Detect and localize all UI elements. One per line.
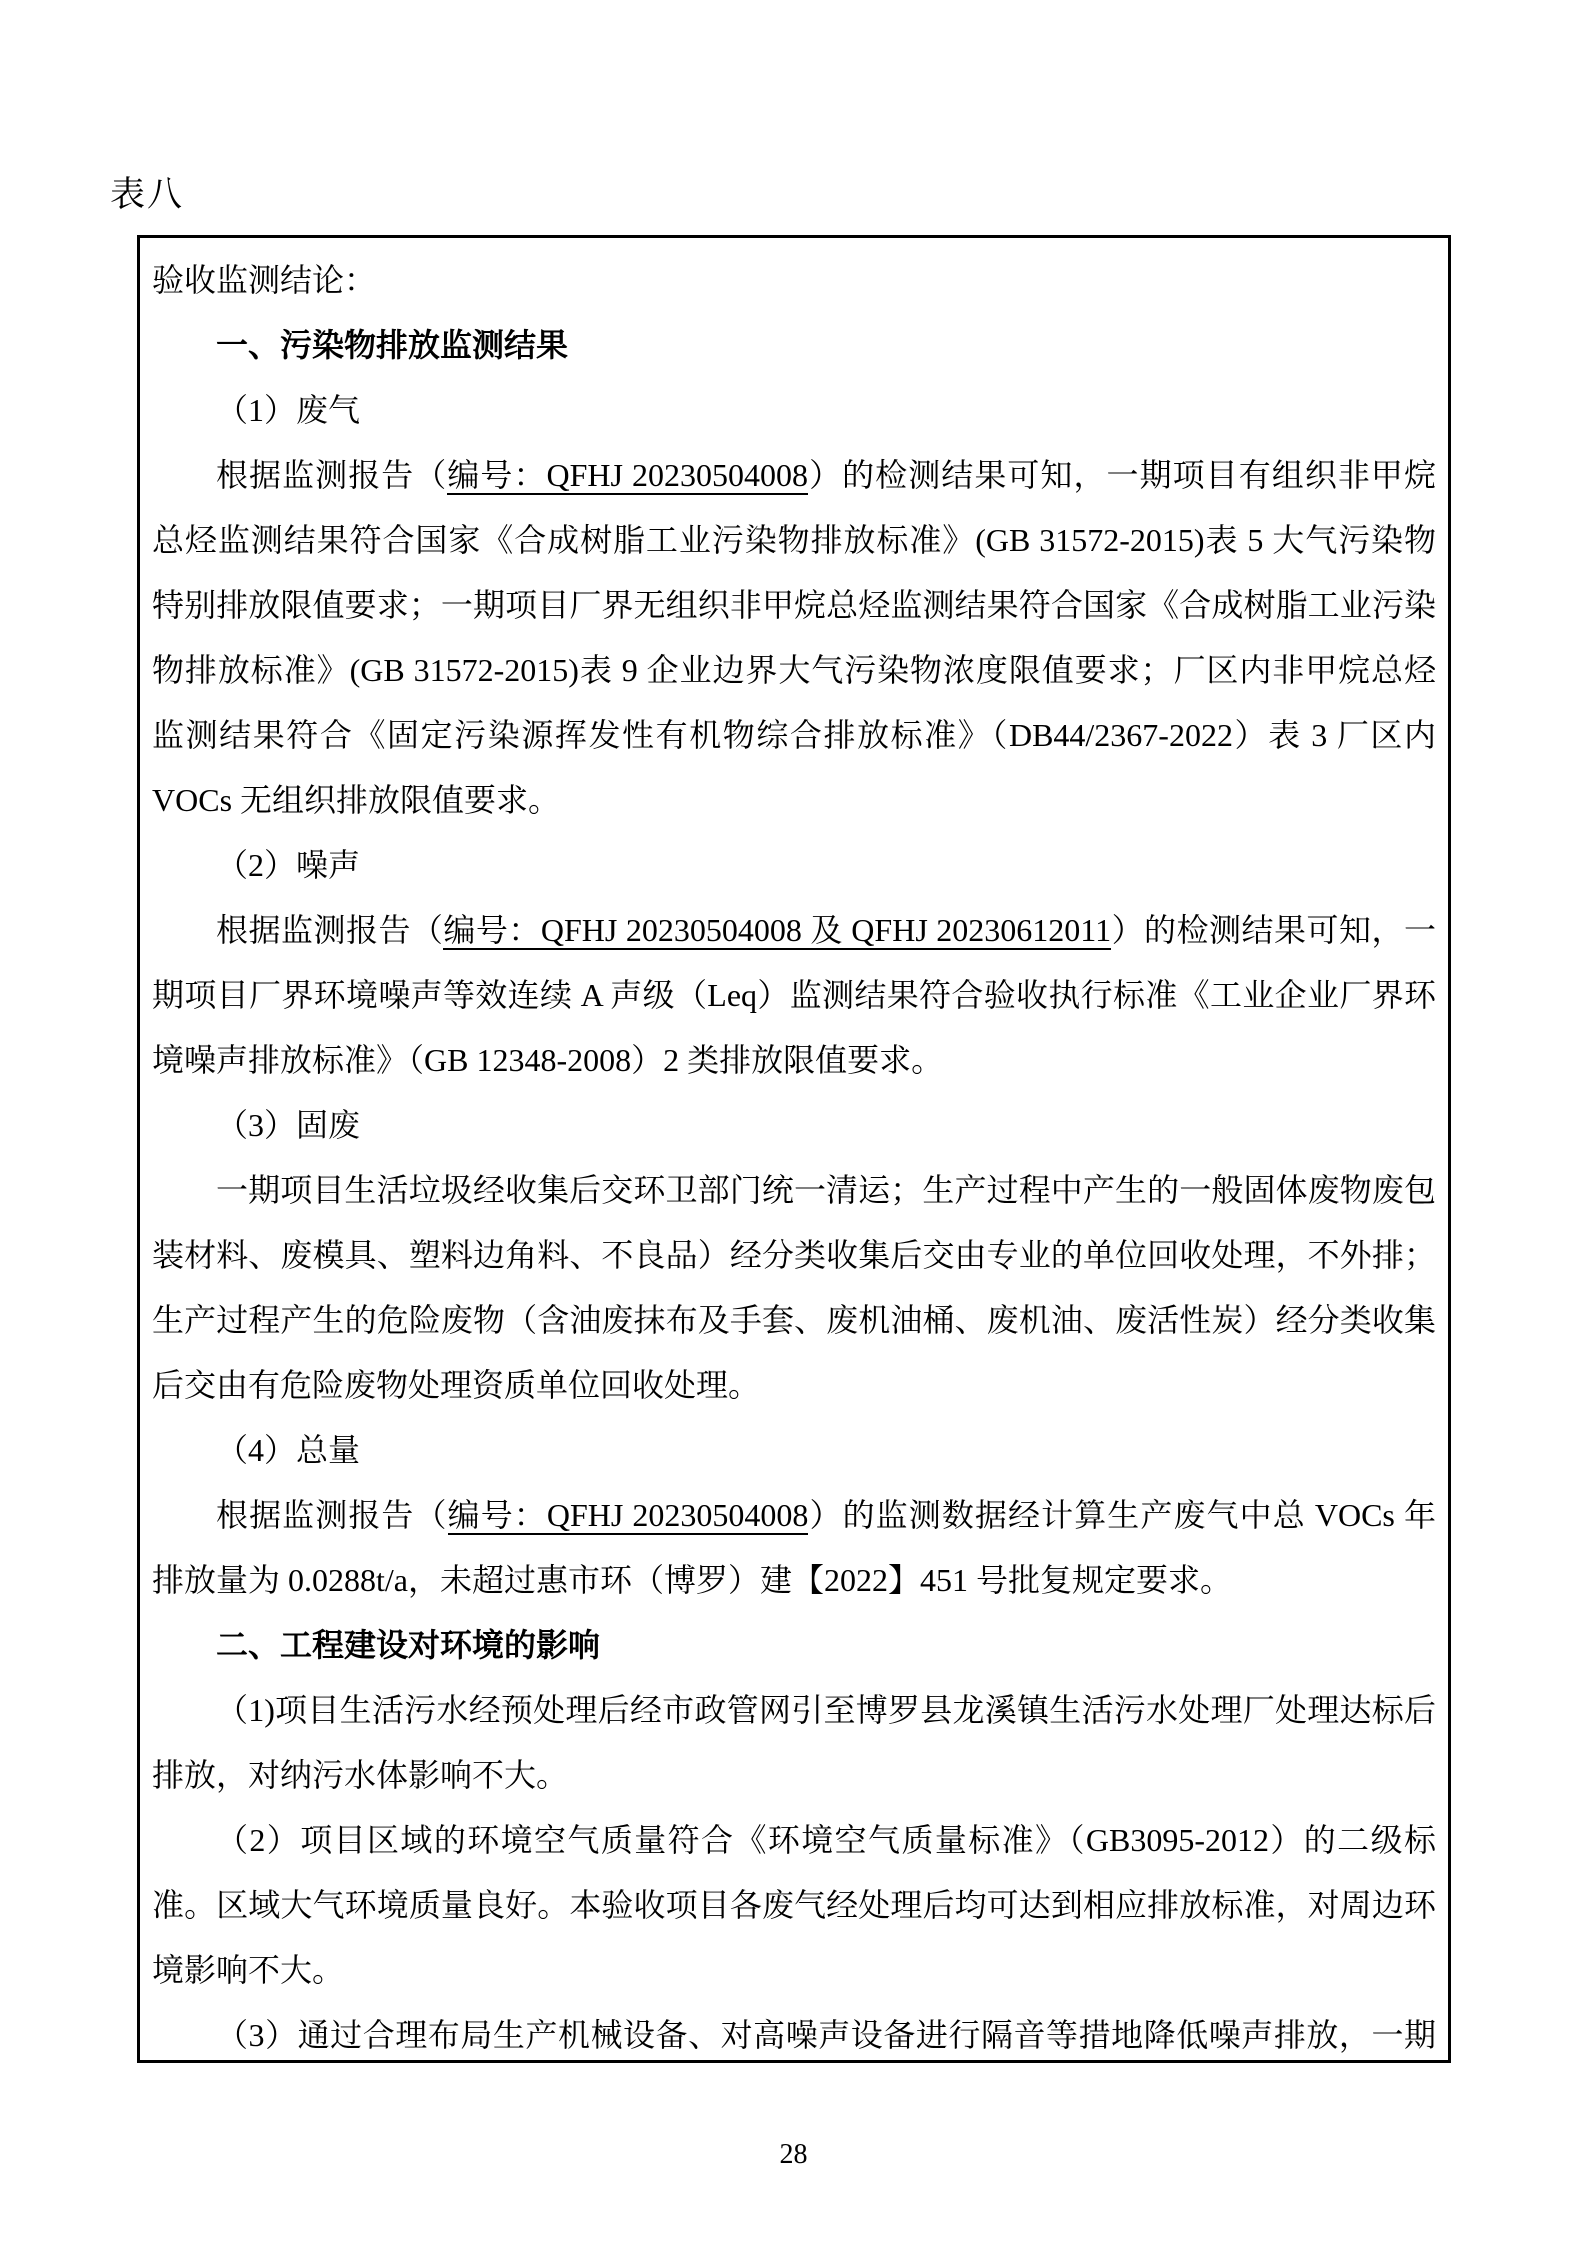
report-paragraph: 根据监测报告（编号：QFHJ 20230504008）的检测结果可知，一期项目有… bbox=[152, 443, 1436, 833]
text-run: 一期项目生活垃圾经收集后交环卫部门统一清运；生产过程中产生的一般固体废物废包装材… bbox=[152, 1172, 1436, 1403]
report-paragraph: （3）固废 bbox=[152, 1093, 1436, 1158]
report-paragraph: （3）通过合理布局生产机械设备、对高噪声设备进行隔音等措地降低噪声排放，一期项 bbox=[152, 2003, 1436, 2063]
table-label: 表八 bbox=[110, 174, 184, 216]
report-paragraph: （1）废气 bbox=[152, 378, 1436, 443]
paragraph-container: 验收监测结论：一、污染物排放监测结果（1）废气根据监测报告（编号：QFHJ 20… bbox=[152, 248, 1436, 2063]
report-paragraph: 根据监测报告（编号：QFHJ 20230504008）的监测数据经计算生产废气中… bbox=[152, 1483, 1436, 1613]
text-run: （3）通过合理布局生产机械设备、对高噪声设备进行隔音等措地降低噪声排放，一期项 bbox=[152, 2017, 1436, 2063]
underlined-report-number: 编号：QFHJ 20230504008 bbox=[448, 1497, 809, 1535]
report-paragraph: （1)项目生活污水经预处理后经市政管网引至博罗县龙溪镇生活污水处理厂处理达标后排… bbox=[152, 1678, 1436, 1808]
report-paragraph: 一期项目生活垃圾经收集后交环卫部门统一清运；生产过程中产生的一般固体废物废包装材… bbox=[152, 1158, 1436, 1418]
underlined-report-number: 编号：QFHJ 20230504008 及 QFHJ 20230612011 bbox=[443, 912, 1111, 950]
report-paragraph: （2）项目区域的环境空气质量符合《环境空气质量标准》（GB3095-2012）的… bbox=[152, 1808, 1436, 2003]
section-heading: 二、工程建设对环境的影响 bbox=[152, 1613, 1436, 1678]
text-run: （1）废气 bbox=[216, 392, 360, 428]
text-run: 验收监测结论： bbox=[152, 262, 376, 298]
text-run: 根据监测报告（ bbox=[216, 457, 447, 493]
text-run: （2）噪声 bbox=[216, 847, 360, 883]
text-run: （2）项目区域的环境空气质量符合《环境空气质量标准》（GB3095-2012）的… bbox=[152, 1822, 1436, 1988]
section-heading: 一、污染物排放监测结果 bbox=[152, 313, 1436, 378]
report-paragraph: 验收监测结论： bbox=[152, 248, 1436, 313]
report-paragraph: 根据监测报告（编号：QFHJ 20230504008 及 QFHJ 202306… bbox=[152, 898, 1436, 1093]
page-number: 28 bbox=[0, 2138, 1587, 2172]
report-paragraph: （2）噪声 bbox=[152, 833, 1436, 898]
text-run: （3）固废 bbox=[216, 1107, 360, 1143]
document-page: { "page": { "table_label": "表八", "page_n… bbox=[0, 0, 1587, 2245]
report-paragraph: （4）总量 bbox=[152, 1418, 1436, 1483]
text-run: 二、工程建设对环境的影响 bbox=[216, 1627, 600, 1663]
conclusion-box: 验收监测结论：一、污染物排放监测结果（1）废气根据监测报告（编号：QFHJ 20… bbox=[137, 235, 1451, 2063]
text-run: 根据监测报告（ bbox=[216, 1497, 448, 1533]
text-run: 根据监测报告（ bbox=[216, 912, 443, 948]
underlined-report-number: 编号：QFHJ 20230504008 bbox=[447, 457, 808, 495]
text-run: ）的检测结果可知，一期项目有组织非甲烷总烃监测结果符合国家《合成树脂工业污染物排… bbox=[152, 457, 1436, 818]
text-run: 一、污染物排放监测结果 bbox=[216, 327, 568, 363]
text-run: （4）总量 bbox=[216, 1432, 360, 1468]
text-run: （1)项目生活污水经预处理后经市政管网引至博罗县龙溪镇生活污水处理厂处理达标后排… bbox=[152, 1692, 1436, 1793]
